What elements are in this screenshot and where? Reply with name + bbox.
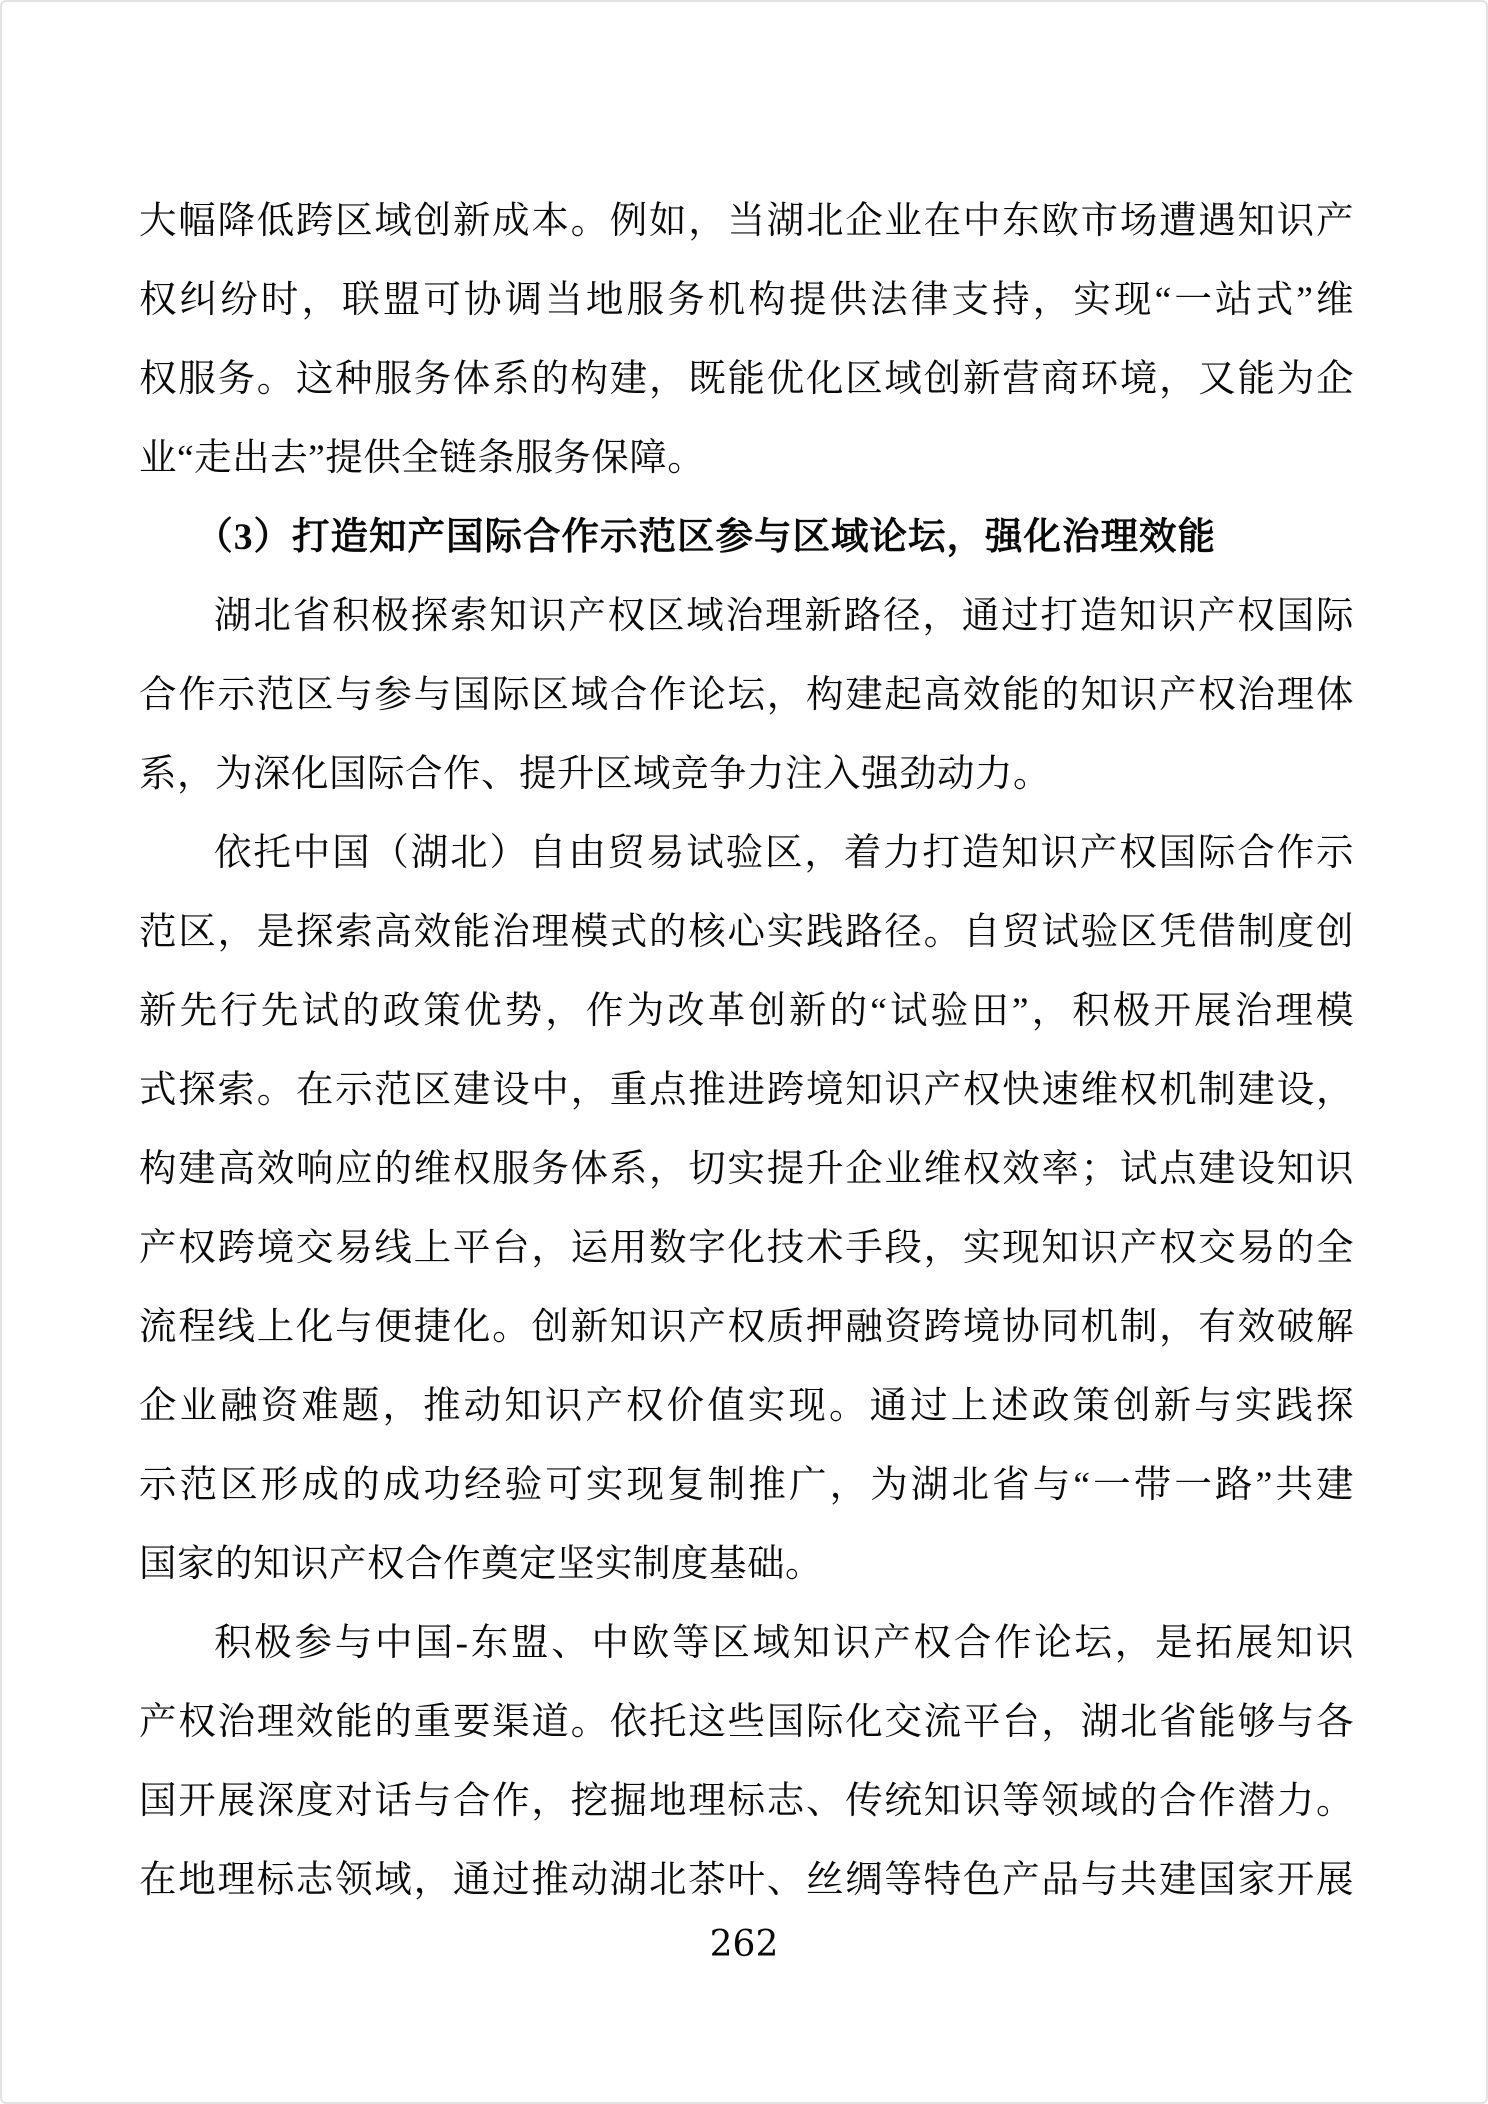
section-heading: （3）打造知产国际合作示范区参与区域论坛，强化治理效能 (139, 498, 1354, 577)
text-line: 湖北省积极探索知识产权区域治理新路径，通过打造知识产权国际 (139, 577, 1354, 656)
text-line: 产权治理效能的重要渠道。依托这些国际化交流平台，湖北省能够与各 (139, 1683, 1354, 1762)
text-line: 产权跨境交易线上平台，运用数字化技术手段，实现知识产权交易的全 (139, 1209, 1354, 1288)
text-line: 式探索。在示范区建设中，重点推进跨境知识产权快速维权机制建设， (139, 1051, 1354, 1130)
text-line: 业“走出去”提供全链条服务保障。 (139, 419, 1354, 498)
text-line: 积极参与中国-东盟、中欧等区域知识产权合作论坛，是拓展知识 (139, 1604, 1354, 1683)
text-line: 系，为深化国际合作、提升区域竞争力注入强劲动力。 (139, 735, 1354, 814)
text-line: 范区，是探索高效能治理模式的核心实践路径。自贸试验区凭借制度创 (139, 893, 1354, 972)
text-line: 在地理标志领域，通过推动湖北茶叶、丝绸等特色产品与共建国家开展 (139, 1841, 1354, 1920)
text-line: 流程线上化与便捷化。创新知识产权质押融资跨境协同机制，有效破解 (139, 1288, 1354, 1367)
document-page: 大幅降低跨区域创新成本。例如，当湖北企业在中东欧市场遭遇知识产 权纠纷时，联盟可… (0, 0, 1488, 2104)
page-number: 262 (2, 1924, 1486, 1965)
text-line: 国家的知识产权合作奠定坚实制度基础。 (139, 1525, 1354, 1604)
text-line: 示范区形成的成功经验可实现复制推广，为湖北省与“一带一路”共建 (139, 1446, 1354, 1525)
text-line: 依托中国（湖北）自由贸易试验区，着力打造知识产权国际合作示 (139, 814, 1354, 893)
text-line: 国开展深度对话与合作，挖掘地理标志、传统知识等领域的合作潜力。 (139, 1762, 1354, 1841)
text-line: 权服务。这种服务体系的构建，既能优化区域创新营商环境，又能为企 (139, 340, 1354, 419)
text-line: 企业融资难题，推动知识产权价值实现。通过上述政策创新与实践探索， (139, 1367, 1354, 1446)
text-line: 权纠纷时，联盟可协调当地服务机构提供法律支持，实现“一站式”维 (139, 261, 1354, 340)
text-line: 新先行先试的政策优势，作为改革创新的“试验田”，积极开展治理模 (139, 972, 1354, 1051)
text-line: 大幅降低跨区域创新成本。例如，当湖北企业在中东欧市场遭遇知识产 (139, 182, 1354, 261)
text-line: 合作示范区与参与国际区域合作论坛，构建起高效能的知识产权治理体 (139, 656, 1354, 735)
document-body: 大幅降低跨区域创新成本。例如，当湖北企业在中东欧市场遭遇知识产 权纠纷时，联盟可… (139, 182, 1354, 1920)
text-line: 构建高效响应的维权服务体系，切实提升企业维权效率；试点建设知识 (139, 1130, 1354, 1209)
